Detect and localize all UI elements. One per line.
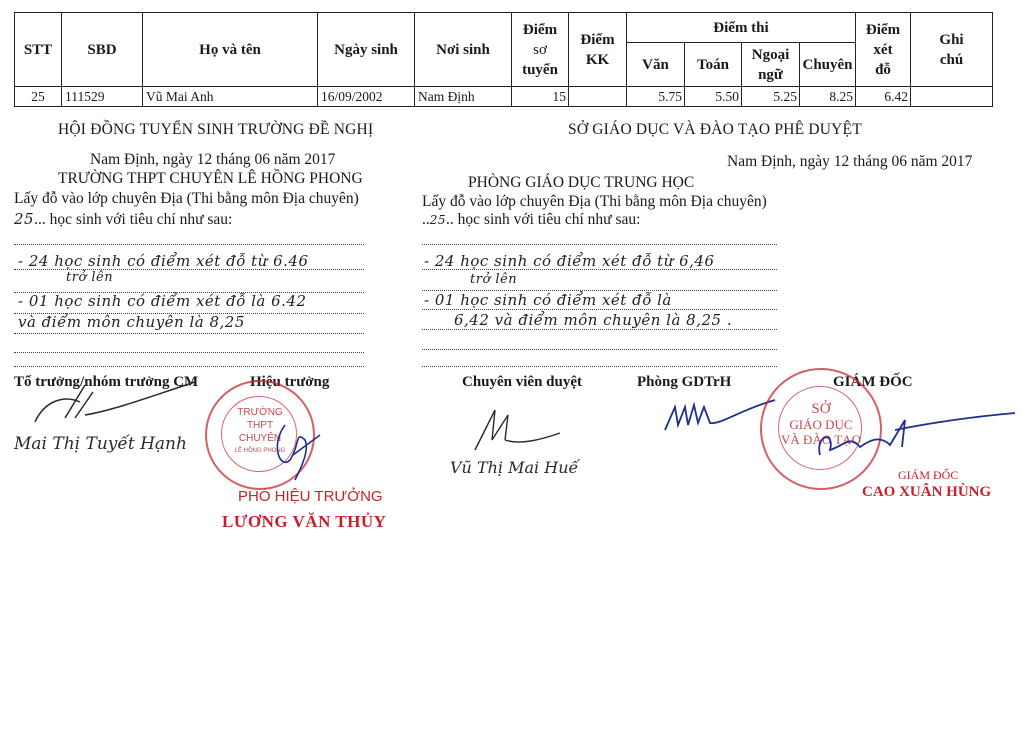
cell-ngoai-ngu: 5.25 <box>742 87 800 107</box>
dotted-line <box>422 349 777 350</box>
cell-toan: 5.50 <box>685 87 742 107</box>
cell-chuyen: 8.25 <box>800 87 856 107</box>
right-heading: SỞ GIÁO DỤC VÀ ĐÀO TẠO PHÊ DUYỆT <box>568 121 862 139</box>
header-line: Điểm <box>856 20 910 40</box>
right-handwritten-1: - 24 học sinh có điểm xét đỗ từ 6,46 <box>424 252 715 270</box>
col-stt: STT <box>15 13 62 87</box>
right-count-prefix: .. <box>422 211 430 228</box>
header-line: Ngoại <box>742 45 799 65</box>
signature-scribble-icon <box>25 380 205 430</box>
cell-noi-sinh: Nam Định <box>415 87 512 107</box>
left-handwritten-4: và điểm môn chuyên là 8,25 <box>18 313 245 331</box>
left-count-line: 25... học sinh với tiêu chí như sau: <box>14 210 232 229</box>
col-ngoai-ngu: Ngoại ngữ <box>742 43 800 87</box>
right-sign-label-2: Phòng GDTrH <box>637 374 731 391</box>
principal-signature-icon <box>265 415 325 485</box>
cell-ngay-sinh: 16/09/2002 <box>318 87 415 107</box>
col-diem-kk: Điểm KK <box>569 13 627 87</box>
right-admit-line: Lấy đỗ vào lớp chuyên Địa (Thi bằng môn … <box>422 193 767 211</box>
header-line: chú <box>911 50 992 70</box>
left-signer-2-name: LƯƠNG VĂN THỦY <box>222 512 386 532</box>
col-chuyen: Chuyên <box>800 43 856 87</box>
right-handwritten-4: 6,42 và điểm môn chuyên là 8,25 . <box>454 311 732 329</box>
right-handwritten-3: - 01 học sinh có điểm xét đỗ là <box>424 291 672 309</box>
dotted-line <box>422 309 777 310</box>
header-line: Điểm <box>512 20 568 40</box>
left-count-suffix: ... học sinh với tiêu chí như sau: <box>34 211 232 228</box>
col-ho-ten: Họ và tên <box>143 13 318 87</box>
col-ghi-chu: Ghi chú <box>911 13 993 87</box>
reviewer-signature-icon <box>470 405 570 455</box>
header-line: đỗ <box>856 60 910 80</box>
right-signer-3-title: GIÁM ĐỐC <box>898 468 958 483</box>
col-group-diem-thi: Điểm thi <box>627 13 856 43</box>
cell-ghi-chu <box>911 87 993 107</box>
header-line: Ghi <box>911 30 992 50</box>
dotted-line <box>14 352 364 353</box>
right-count-handwritten: 25 <box>430 213 446 227</box>
right-date: Nam Định, ngày 12 tháng 06 năm 2017 <box>727 153 972 171</box>
score-table: STT SBD Họ và tên Ngày sinh Nơi sinh Điể… <box>14 12 993 107</box>
director-signature-icon <box>790 405 1020 465</box>
left-signer-1-name: Mai Thị Tuyết Hạnh <box>14 434 187 454</box>
header-line: ngữ <box>742 65 799 85</box>
col-diem-so-tuyen: Điểm sơ tuyển <box>512 13 569 87</box>
right-department: PHÒNG GIÁO DỤC TRUNG HỌC <box>468 174 694 192</box>
cell-diem-so-tuyen: 15 <box>512 87 569 107</box>
right-signer-3-name: CAO XUÂN HÙNG <box>862 484 991 501</box>
left-handwritten-2: trở lên <box>66 270 113 285</box>
left-admit-line: Lấy đỗ vào lớp chuyên Địa (Thi bằng môn … <box>14 190 359 208</box>
cell-stt: 25 <box>15 87 62 107</box>
dotted-line <box>422 366 777 367</box>
right-count-suffix: .. học sinh với tiêu chí như sau: <box>446 211 640 228</box>
header-line: Điểm <box>569 30 626 50</box>
cell-diem-kk <box>569 87 627 107</box>
table-row: 25 111529 Vũ Mai Anh 16/09/2002 Nam Định… <box>15 87 993 107</box>
col-noi-sinh: Nơi sinh <box>415 13 512 87</box>
col-van: Văn <box>627 43 685 87</box>
left-signer-2-title: PHÓ HIỆU TRƯỞNG <box>238 488 383 505</box>
left-heading: HỘI ĐỒNG TUYỂN SINH TRƯỜNG ĐỀ NGHỊ <box>58 121 373 139</box>
cell-diem-xet-do: 6.42 <box>856 87 911 107</box>
right-sign-label-1: Chuyên viên duyệt <box>462 374 582 391</box>
right-signer-1-name: Vũ Thị Mai Huế <box>450 458 578 477</box>
left-school: TRƯỜNG THPT CHUYÊN LÊ HỒNG PHONG <box>58 170 363 188</box>
dotted-line <box>14 244 364 245</box>
dotted-line <box>14 333 364 334</box>
dotted-line <box>14 366 364 367</box>
header-line: tuyển <box>512 60 568 80</box>
col-ngay-sinh: Ngày sinh <box>318 13 415 87</box>
col-toan: Toán <box>685 43 742 87</box>
cell-van: 5.75 <box>627 87 685 107</box>
cell-sbd: 111529 <box>62 87 143 107</box>
col-diem-xet-do: Điểm xét đỗ <box>856 13 911 87</box>
right-handwritten-2: trở lên <box>470 272 517 287</box>
header-line: sơ <box>512 40 568 60</box>
dotted-line <box>422 244 777 245</box>
header-line: xét <box>856 40 910 60</box>
left-handwritten-3: - 01 học sinh có điểm xét đỗ là 6.42 <box>18 292 307 310</box>
left-handwritten-1: - 24 học sinh có điểm xét đỗ từ 6.46 <box>18 252 309 270</box>
cell-ho-ten: Vũ Mai Anh <box>143 87 318 107</box>
header-line: KK <box>569 50 626 70</box>
dotted-line <box>422 329 777 330</box>
left-date: Nam Định, ngày 12 tháng 06 năm 2017 <box>90 151 335 169</box>
col-sbd: SBD <box>62 13 143 87</box>
left-count-handwritten: 25 <box>14 210 34 228</box>
right-count-line: ..25.. học sinh với tiêu chí như sau: <box>422 211 640 229</box>
